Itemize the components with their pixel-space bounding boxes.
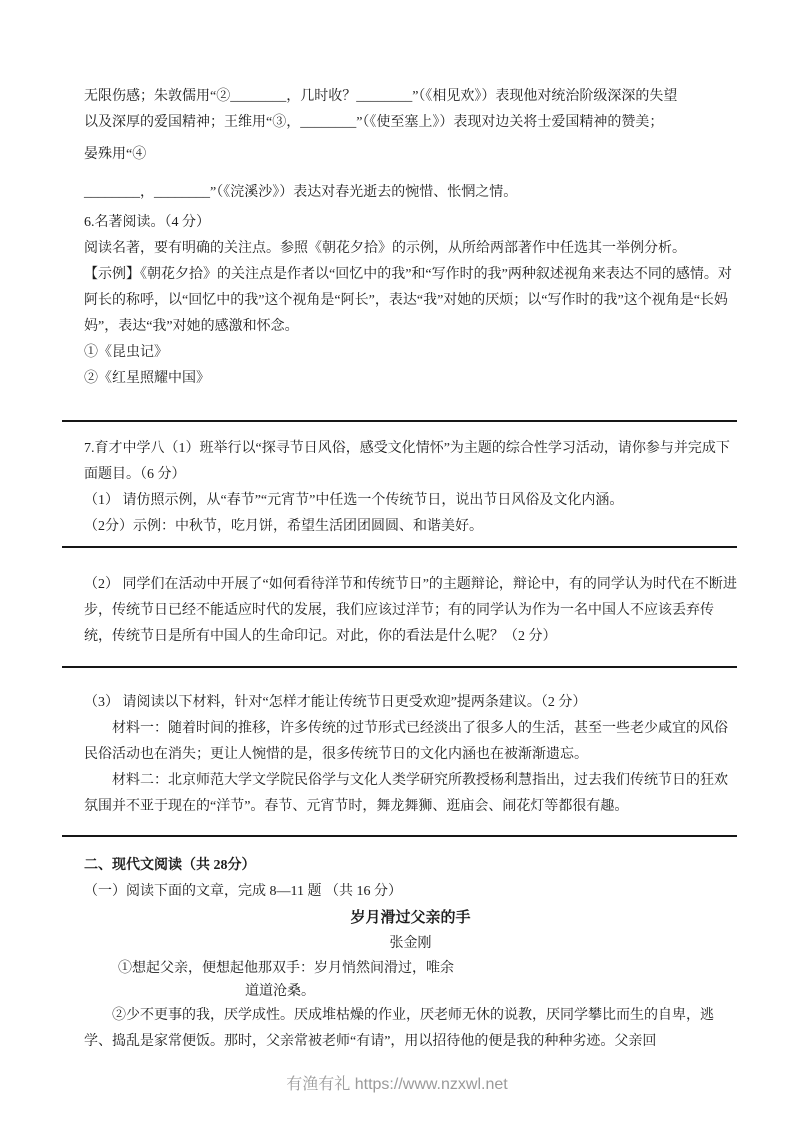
essay-paragraph-1-line-2: 道道沧桑。 — [90, 980, 470, 1003]
q5-line-3: 晏殊用“④ — [84, 142, 737, 168]
essay-paragraph-1-line-1: ①想起父亲，便想起他那双手：岁月悄然间滑过，唯余 — [90, 957, 470, 980]
q6-intro: 阅读名著，要有明确的关注点。参照《朝花夕拾》的示例，从所给两部著作中任选其一举例… — [84, 236, 737, 262]
section-divider-3 — [62, 666, 737, 668]
q6-example: 【示例】《朝花夕拾》的关注点是作者以“回忆中的我”和“写作时的我”两种叙述视角来… — [84, 262, 737, 340]
essay-title: 岁月滑过父亲的手 — [84, 905, 737, 931]
section-divider-1 — [62, 420, 737, 422]
exam-page: 无限伤感；朱敦儒用“②________，几时收？________”（《相见欢》）… — [0, 0, 794, 1122]
q6-heading: 6.名著阅读。（4 分） — [84, 210, 737, 236]
q5-line-4: ________，________”（《浣溪沙》）表达对春光逝去的惋惜、怅惘之情… — [84, 180, 737, 206]
exam-content: 无限伤感；朱敦儒用“②________，几时收？________”（《相见欢》）… — [0, 0, 794, 1055]
watermark-text: 有渔有礼 https://www.nzxwl.net — [0, 1071, 794, 1094]
q7-sub1: （1） 请仿照示例，从“春节”“元宵节”中任选一个传统节日，说出节日风俗及文化内… — [84, 488, 737, 514]
essay-author: 张金刚 — [84, 931, 737, 957]
q7-sub3: （3） 请阅读以下材料，针对“怎样才能让传统节日更受欢迎”提两条建议。（2 分） — [84, 690, 737, 716]
essay-paragraph-2: ②少不更事的我，厌学成性。厌成堆枯燥的作业，厌老师无休的说教，厌同学攀比而生的自… — [84, 1003, 737, 1055]
q6-option-2: ②《红星照耀中国》 — [84, 366, 737, 392]
q7-intro: 7.育才中学八（1）班举行以“探寻节日风俗，感受文化情怀”为主题的综合性学习活动… — [84, 436, 737, 488]
section2-sub-heading: （一）阅读下面的文章，完成 8—11 题 （共 16 分） — [84, 879, 737, 905]
q5-line-2: 以及深厚的爱国精神；王维用“③，________”（《使至塞上》）表现对边关将士… — [84, 110, 737, 136]
q6-option-1: ①《昆虫记》 — [84, 340, 737, 366]
section2-heading: 二、现代文阅读（共 28分） — [84, 853, 737, 879]
essay-paragraph-1: ①想起父亲，便想起他那双手：岁月悄然间滑过，唯余 道道沧桑。 — [90, 957, 470, 1003]
q7-material-1: 材料一：随着时间的推移，许多传统的过节形式已经淡出了很多人的生活，甚至一些老少咸… — [84, 716, 737, 768]
q7-sub1-example: （2分）示例：中秋节，吃月饼，希望生活团团圆圆、和谐美好。 — [84, 514, 737, 540]
section-divider-2 — [62, 546, 737, 548]
q7-material-2: 材料二：北京师范大学文学院民俗学与文化人类学研究所教授杨利慧指出，过去我们传统节… — [84, 768, 737, 820]
q5-line-1: 无限伤感；朱敦儒用“②________，几时收？________”（《相见欢》）… — [84, 84, 737, 110]
section-divider-4 — [62, 835, 737, 837]
q7-sub2: （2） 同学们在活动中开展了“如何看待洋节和传统节日”的主题辩论，辩论中，有的同… — [84, 572, 737, 650]
